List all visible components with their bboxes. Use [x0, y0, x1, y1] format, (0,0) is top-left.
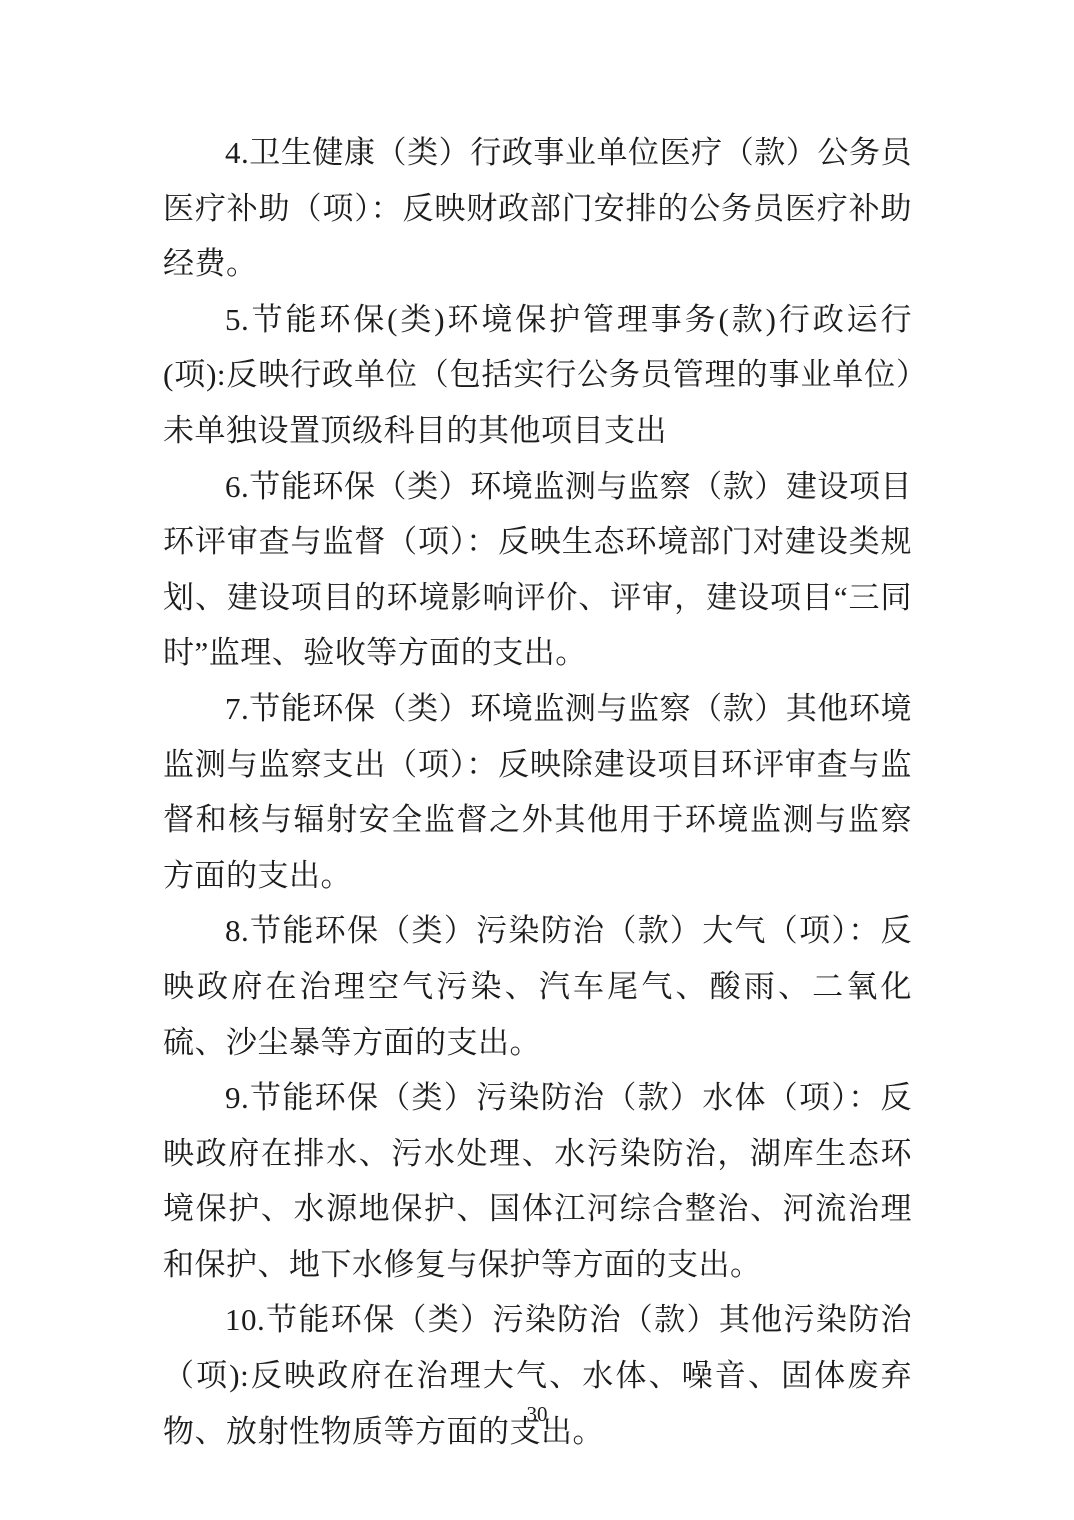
paragraph-4: 4.卫生健康（类）行政事业单位医疗（款）公务员医疗补助（项）：反映财政部门安排的… — [163, 125, 912, 292]
paragraph-6: 6.节能环保（类）环境监测与监察（款）建设项目环评审查与监督（项）：反映生态环境… — [163, 459, 912, 681]
paragraph-5: 5.节能环保(类)环境保护管理事务(款)行政运行(项):反映行政单位（包括实行公… — [163, 292, 912, 459]
paragraph-7: 7.节能环保（类）环境监测与监察（款）其他环境监测与监察支出（项）：反映除建设项… — [163, 681, 912, 903]
paragraph-9: 9.节能环保（类）污染防治（款）水体（项）：反映政府在排水、污水处理、水污染防治… — [163, 1070, 912, 1292]
paragraph-8: 8.节能环保（类）污染防治（款）大气（项）：反映政府在治理空气污染、汽车尾气、酸… — [163, 903, 912, 1070]
text-body: 4.卫生健康（类）行政事业单位医疗（款）公务员医疗补助（项）：反映财政部门安排的… — [163, 0, 912, 1459]
document-page: 4.卫生健康（类）行政事业单位医疗（款）公务员医疗补助（项）：反映财政部门安排的… — [0, 0, 1074, 1520]
page-number: 30 — [0, 1402, 1074, 1427]
paragraph-10: 10.节能环保（类）污染防治（款）其他污染防治（项):反映政府在治理大气、水体、… — [163, 1292, 912, 1459]
